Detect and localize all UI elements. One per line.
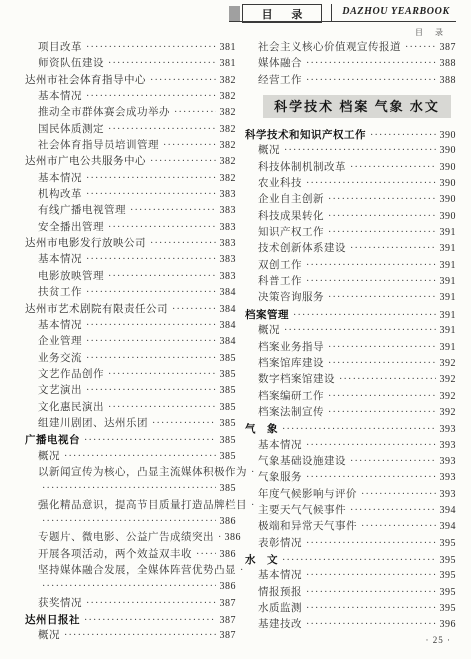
toc-entry-page: 386 <box>216 514 236 530</box>
toc-entry: 决策咨询服务391 <box>245 290 456 306</box>
toc-entry: 达州市广电公共服务中心382 <box>25 154 236 170</box>
toc-entry: 专题片、微电影、公益广告成绩突出386 <box>25 530 236 546</box>
toc-entry-page: 385 <box>216 400 236 416</box>
toc-leader-dots <box>346 503 436 519</box>
toc-leader-dots <box>280 143 436 159</box>
toc-entry-page: 395 <box>436 568 456 584</box>
toc-entry: 年度气候影响与评价393 <box>245 487 456 503</box>
toc-leader-dots <box>168 302 216 318</box>
toc-entry: 水 文395 <box>245 552 456 568</box>
toc-entry-page: 391 <box>436 258 456 274</box>
toc-leader-dots <box>82 187 216 203</box>
toc-entry: 情报预报395 <box>245 585 456 601</box>
toc-entry-page: 385 <box>216 481 236 497</box>
toc-entry: 获奖情况387 <box>25 596 236 612</box>
toc-entry-page: 395 <box>436 553 456 569</box>
toc-entry: 气象服务393 <box>245 470 456 486</box>
toc-entry: 有线广播电视管理383 <box>25 203 236 219</box>
header-chip <box>229 6 240 21</box>
toc-entry-title: 双创工作 <box>258 258 302 274</box>
toc-entry-title: 强化精品意识，提高节目质量打造品牌栏目 <box>38 498 247 514</box>
toc-leader-dots <box>302 56 436 72</box>
toc-entry: 文化惠民演出385 <box>25 400 236 416</box>
toc-entry-page: 392 <box>436 356 456 372</box>
toc-entry-title: 气 象 <box>245 421 278 437</box>
toc-entry-page: 395 <box>436 585 456 601</box>
toc-entry-page: 391 <box>436 308 456 324</box>
toc-entry: 概况385 <box>25 449 236 465</box>
toc-leader-dots <box>60 449 216 465</box>
toc-entry-page: 393 <box>436 470 456 486</box>
toc-entry: 极端和异常天气事件394 <box>245 519 456 535</box>
toc-entry-page: 381 <box>216 40 236 56</box>
toc-entry: 安全播出管理383 <box>25 220 236 236</box>
toc-entry-page: 383 <box>216 203 236 219</box>
toc-entry-page: 382 <box>216 105 236 121</box>
toc-entry-title: 获奖情况 <box>38 596 82 612</box>
toc-entry: 坚持媒体融合发展，全媒体阵营优势凸显386 <box>25 563 236 596</box>
toc-entry-title: 档案业务指导 <box>258 340 324 356</box>
toc-entry-page: 383 <box>216 269 236 285</box>
toc-leader-dots <box>278 553 436 569</box>
toc-entry: 以新闻宣传为核心，凸显主流媒体积极作为385 <box>25 465 236 498</box>
toc-leader-dots <box>82 252 216 268</box>
toc-entry-title: 科普工作 <box>258 274 302 290</box>
toc-entry: 经营工作388 <box>245 73 456 89</box>
toc-entry-title: 社会主义核心价值观宣传报道 <box>258 40 401 56</box>
toc-entry-page: 391 <box>436 241 456 257</box>
toc-entry-title: 开展各项活动，两个效益双丰收 <box>38 547 192 563</box>
toc-entry: 达州市电影发行放映公司383 <box>25 236 236 252</box>
toc-leader-dots <box>357 519 436 535</box>
toc-entry: 基本情况383 <box>25 252 236 268</box>
toc-entry: 表彰情况395 <box>245 536 456 552</box>
toc-entry-title: 国民体质测定 <box>38 122 104 138</box>
toc-entry-title: 档案馆库建设 <box>258 356 324 372</box>
toc-leader-dots <box>104 367 216 383</box>
toc-entry-title: 达州市社会体育指导中心 <box>25 73 146 89</box>
toc-leader-dots <box>146 73 216 89</box>
toc-entry-title: 概况 <box>38 449 60 465</box>
toc-entry: 档案编研工作392 <box>245 389 456 405</box>
toc-entry-page: 382 <box>216 122 236 138</box>
toc-leader-dots <box>280 323 436 339</box>
toc-entry-title: 师资队伍建设 <box>38 56 104 72</box>
toc-entry: 媒体融合388 <box>245 56 456 72</box>
toc-leader-dots <box>82 596 216 612</box>
toc-entry-page: 387 <box>216 628 236 644</box>
toc-entry-page: 390 <box>436 143 456 159</box>
toc-entry: 开展各项活动，两个效益双丰收386 <box>25 547 236 563</box>
toc-entry: 科学技术和知识产权工作390 <box>245 127 456 143</box>
toc-entry-title: 年度气候影响与评价 <box>258 487 357 503</box>
toc-entry-title: 以新闻宣传为核心，凸显主流媒体积极作为 <box>38 465 247 481</box>
toc-leader-dots <box>289 308 436 324</box>
toc-entry-page: 395 <box>436 601 456 617</box>
toc-entry-title: 极端和异常天气事件 <box>258 519 357 535</box>
toc-entry-title: 气象基础设施建设 <box>258 454 346 470</box>
toc-leader-dots <box>38 481 216 497</box>
toc-entry: 主要天气气候事件394 <box>245 503 456 519</box>
toc-entry-title: 知识产权工作 <box>258 225 324 241</box>
toc-entry-page: 390 <box>436 128 456 144</box>
toc-entry-page: 390 <box>436 192 456 208</box>
toc-entry-title: 推动全市群体赛会成功举办 <box>38 105 170 121</box>
toc-entry-title: 达州日报社 <box>25 612 80 628</box>
toc-entry-page: 394 <box>436 503 456 519</box>
toc-entry-title: 气象服务 <box>258 470 302 486</box>
toc-entry-title: 主要天气气候事件 <box>258 503 346 519</box>
toc-entry-page: 387 <box>216 596 236 612</box>
toc-entry-title: 文艺演出 <box>38 383 82 399</box>
toc-entry-title: 扶贫工作 <box>38 285 82 301</box>
toc-entry-page: 386 <box>216 547 236 563</box>
toc-entry: 概况391 <box>245 323 456 339</box>
toc-entry: 基本情况395 <box>245 568 456 584</box>
toc-leader-dots <box>38 579 216 595</box>
toc-entry: 农业科技390 <box>245 176 456 192</box>
toc-entry-page: 386 <box>216 579 236 595</box>
toc-entry-title: 概况 <box>258 323 280 339</box>
toc-entry-title: 机构改革 <box>38 187 82 203</box>
toc-entry: 推动全市群体赛会成功举办382 <box>25 105 236 121</box>
toc-entry-page: 385 <box>216 383 236 399</box>
toc-entry: 档案管理391 <box>245 307 456 323</box>
toc-entry-title: 文艺作品创作 <box>38 367 104 383</box>
toc-entry-page: 390 <box>436 160 456 176</box>
toc-leader-dots <box>302 585 436 601</box>
toc-leader-dots <box>357 487 436 503</box>
toc-entry-page: 388 <box>436 73 456 89</box>
toc-leader-dots <box>324 356 436 372</box>
toc-entry: 社会主义核心价值观宣传报道387 <box>245 40 456 56</box>
toc-leader-dots <box>104 220 216 236</box>
toc-entry-page: 382 <box>216 89 236 105</box>
running-head: 目 录 <box>415 27 448 38</box>
toc-leader-dots <box>346 454 436 470</box>
toc-leader-dots <box>82 285 216 301</box>
toc-entry: 文艺演出385 <box>25 383 236 399</box>
toc-title: 目 录 <box>254 6 311 22</box>
toc-leader-dots <box>80 613 216 629</box>
toc-entry-page: 392 <box>436 405 456 421</box>
toc-leader-dots <box>126 203 216 219</box>
toc-entry-page: 391 <box>436 225 456 241</box>
toc-leader-dots <box>82 40 216 56</box>
toc-entry-title: 广播电视台 <box>25 432 80 448</box>
toc-entry-title: 达州市广电公共服务中心 <box>25 154 146 170</box>
toc-leader-dots <box>401 40 436 56</box>
toc-entry-page: 382 <box>216 138 236 154</box>
toc-entry-title: 专题片、微电影、公益广告成绩突出 <box>38 530 214 546</box>
toc-entry: 达州日报社387 <box>25 612 236 628</box>
toc-entry: 概况390 <box>245 143 456 159</box>
toc-leader-dots <box>324 389 436 405</box>
toc-entry-page: 390 <box>436 176 456 192</box>
toc-leader-dots <box>104 56 216 72</box>
toc-entry-page: 393 <box>436 487 456 503</box>
toc-entry-title: 电影放映管理 <box>38 269 104 285</box>
toc-entry: 项目改革381 <box>25 40 236 56</box>
toc-entry: 档案馆库建设392 <box>245 356 456 372</box>
toc-entry: 科技体制机制改革390 <box>245 160 456 176</box>
toc-entry-title: 档案法制宣传 <box>258 405 324 421</box>
toc-entry-title: 基本情况 <box>38 171 82 187</box>
toc-entry-page: 393 <box>436 454 456 470</box>
toc-entry: 达州市艺术剧院有限责任公司384 <box>25 302 236 318</box>
toc-leader-dots <box>335 372 436 388</box>
toc-entry-page: 384 <box>216 334 236 350</box>
toc-entry: 广播电视台385 <box>25 432 236 448</box>
toc-entry-page: 396 <box>436 617 456 633</box>
toc-entry-page: 394 <box>436 519 456 535</box>
toc-leader-dots <box>82 334 216 350</box>
toc-entry: 企业自主创新390 <box>245 192 456 208</box>
toc-entry-page: 386 <box>221 530 241 546</box>
toc-entry-title: 达州市电影发行放映公司 <box>25 236 146 252</box>
toc-entry-title: 基本情况 <box>38 318 82 334</box>
toc-entry: 基本情况382 <box>25 89 236 105</box>
toc-entry-title: 达州市艺术剧院有限责任公司 <box>25 302 168 318</box>
toc-leader-dots <box>302 274 436 290</box>
toc-leader-dots <box>346 241 436 257</box>
toc-entry-page: 391 <box>436 290 456 306</box>
toc-entry: 社会体育指导员培训管理382 <box>25 138 236 154</box>
toc-entry: 水质监测395 <box>245 601 456 617</box>
toc-entry: 达州市社会体育指导中心382 <box>25 73 236 89</box>
toc-entry-title: 基建技改 <box>258 617 302 633</box>
toc-leader-dots <box>236 563 243 579</box>
toc-entry: 企业管理384 <box>25 334 236 350</box>
toc-entry-title: 有线广播电视管理 <box>38 203 126 219</box>
toc-leader-dots <box>366 128 436 144</box>
toc-column-right: 社会主义核心价值观宣传报道387媒体融合388经营工作388科学技术 档案 气象… <box>245 40 456 634</box>
toc-leader-dots <box>302 73 436 89</box>
toc-entry-title: 档案编研工作 <box>258 389 324 405</box>
toc-leader-dots <box>82 89 216 105</box>
toc-leader-dots <box>324 209 436 225</box>
yearbook-toc-page: 目 录 DAZHOU YEARBOOK 目 录 项目改革381师资队伍建设381… <box>0 0 471 659</box>
page-number: · 25 · <box>426 635 452 645</box>
toc-entry: 科技成果转化390 <box>245 209 456 225</box>
toc-entry-title: 基本情况 <box>38 89 82 105</box>
toc-leader-dots <box>278 422 436 438</box>
toc-leader-dots <box>302 536 436 552</box>
toc-leader-dots <box>82 383 216 399</box>
toc-entry: 数字档案馆建设392 <box>245 372 456 388</box>
toc-column-left: 项目改革381师资队伍建设381达州市社会体育指导中心382基本情况382推动全… <box>25 40 236 645</box>
toc-entry: 强化精品意识，提高节目质量打造品牌栏目386 <box>25 498 236 531</box>
toc-leader-dots <box>146 236 216 252</box>
toc-entry: 档案法制宣传392 <box>245 405 456 421</box>
toc-leader-dots <box>302 438 436 454</box>
toc-entry-title: 企业管理 <box>38 334 82 350</box>
header-rule <box>229 21 456 22</box>
toc-entry-title: 档案管理 <box>245 307 289 323</box>
toc-entry-page: 385 <box>216 433 236 449</box>
toc-entry: 气象基础设施建设393 <box>245 454 456 470</box>
toc-leader-dots <box>324 340 436 356</box>
toc-entry: 扶贫工作384 <box>25 285 236 301</box>
toc-entry-page: 381 <box>216 56 236 72</box>
toc-leader-dots <box>302 470 436 486</box>
toc-entry-page: 382 <box>216 171 236 187</box>
toc-entry-page: 383 <box>216 220 236 236</box>
toc-entry-title: 项目改革 <box>38 40 82 56</box>
toc-entry-page: 384 <box>216 318 236 334</box>
toc-leader-dots <box>302 601 436 617</box>
toc-entry-title: 情报预报 <box>258 585 302 601</box>
toc-entry-title: 安全播出管理 <box>38 220 104 236</box>
toc-leader-dots <box>302 176 436 192</box>
toc-entry-title: 技术创新体系建设 <box>258 241 346 257</box>
toc-entry-page: 385 <box>216 449 236 465</box>
toc-leader-dots <box>60 628 216 644</box>
toc-entry-page: 391 <box>436 340 456 356</box>
toc-entry-title: 业务交流 <box>38 351 82 367</box>
toc-entry-page: 390 <box>436 209 456 225</box>
section-banner: 科学技术 档案 气象 水文 <box>263 95 451 118</box>
toc-entry: 概况387 <box>25 628 236 644</box>
toc-leader-dots <box>104 400 216 416</box>
toc-leader-dots <box>346 160 436 176</box>
toc-leader-dots <box>302 617 436 633</box>
toc-leader-dots <box>192 547 216 563</box>
toc-entry-page: 387 <box>216 613 236 629</box>
toc-entry: 技术创新体系建设391 <box>245 241 456 257</box>
toc-entry: 基本情况384 <box>25 318 236 334</box>
toc-entry-title: 坚持媒体融合发展，全媒体阵营优势凸显 <box>38 563 236 579</box>
toc-entry-title: 科学技术和知识产权工作 <box>245 127 366 143</box>
header-divider <box>331 4 332 21</box>
toc-entry-title: 决策咨询服务 <box>258 290 324 306</box>
toc-leader-dots <box>104 122 216 138</box>
toc-entry-page: 382 <box>216 154 236 170</box>
toc-leader-dots <box>146 154 216 170</box>
toc-entry: 气 象393 <box>245 421 456 437</box>
toc-entry: 文艺作品创作385 <box>25 367 236 383</box>
toc-leader-dots <box>302 568 436 584</box>
toc-entry: 档案业务指导391 <box>245 340 456 356</box>
toc-entry-page: 382 <box>216 73 236 89</box>
toc-entry-page: 384 <box>216 285 236 301</box>
toc-entry-page: 383 <box>216 187 236 203</box>
toc-leader-dots <box>148 416 216 432</box>
toc-entry-title: 农业科技 <box>258 176 302 192</box>
toc-leader-dots <box>82 318 216 334</box>
toc-entry-title: 经营工作 <box>258 73 302 89</box>
toc-leader-dots <box>104 269 216 285</box>
toc-entry-page: 393 <box>436 422 456 438</box>
toc-entry-page: 383 <box>216 252 236 268</box>
toc-entry-title: 基本情况 <box>258 438 302 454</box>
toc-leader-dots <box>82 171 216 187</box>
toc-entry-page: 383 <box>216 236 236 252</box>
toc-leader-dots <box>159 138 216 154</box>
toc-entry-title: 表彰情况 <box>258 536 302 552</box>
toc-entry-page: 385 <box>216 367 236 383</box>
toc-entry-title: 文化惠民演出 <box>38 400 104 416</box>
toc-leader-dots <box>324 192 436 208</box>
toc-entry-page: 392 <box>436 372 456 388</box>
toc-entry-page: 391 <box>436 274 456 290</box>
toc-entry-title: 企业自主创新 <box>258 192 324 208</box>
toc-entry-title: 基本情况 <box>258 568 302 584</box>
toc-entry: 业务交流385 <box>25 351 236 367</box>
toc-entry-title: 科技成果转化 <box>258 209 324 225</box>
toc-entry-title: 媒体融合 <box>258 56 302 72</box>
toc-entry: 基本情况382 <box>25 171 236 187</box>
toc-entry-page: 391 <box>436 323 456 339</box>
toc-leader-dots <box>324 225 436 241</box>
toc-entry-page: 393 <box>436 438 456 454</box>
toc-leader-dots <box>82 351 216 367</box>
toc-entry: 基本情况393 <box>245 438 456 454</box>
yearbook-title: DAZHOU YEARBOOK <box>336 6 456 17</box>
toc-entry-page: 387 <box>436 40 456 56</box>
toc-entry: 电影放映管理383 <box>25 269 236 285</box>
toc-entry: 双创工作391 <box>245 258 456 274</box>
toc-entry-title: 组建川剧团、达州乐团 <box>38 416 148 432</box>
toc-entry-title: 基本情况 <box>38 252 82 268</box>
toc-entry-title: 概况 <box>258 143 280 159</box>
toc-leader-dots <box>170 105 216 121</box>
toc-entry-page: 385 <box>216 416 236 432</box>
toc-entry-title: 社会体育指导员培训管理 <box>38 138 159 154</box>
toc-leader-dots <box>214 530 221 546</box>
toc-entry-page: 388 <box>436 56 456 72</box>
toc-entry-title: 水 文 <box>245 552 278 568</box>
toc-leader-dots <box>324 290 436 306</box>
toc-entry: 机构改革383 <box>25 187 236 203</box>
toc-entry: 国民体质测定382 <box>25 122 236 138</box>
toc-entry: 组建川剧团、达州乐团385 <box>25 416 236 432</box>
toc-entry-title: 水质监测 <box>258 601 302 617</box>
toc-entry-title: 数字档案馆建设 <box>258 372 335 388</box>
toc-entry-page: 392 <box>436 389 456 405</box>
toc-entry: 知识产权工作391 <box>245 225 456 241</box>
toc-leader-dots <box>302 258 436 274</box>
toc-entry-page: 385 <box>216 351 236 367</box>
toc-entry-page: 395 <box>436 536 456 552</box>
toc-leader-dots <box>38 514 216 530</box>
toc-entry-title: 科技体制机制改革 <box>258 160 346 176</box>
toc-entry-page: 384 <box>216 302 236 318</box>
toc-entry-title: 概况 <box>38 628 60 644</box>
toc-entry: 科普工作391 <box>245 274 456 290</box>
toc-leader-dots <box>80 433 216 449</box>
toc-entry: 师资队伍建设381 <box>25 56 236 72</box>
toc-entry: 基建技改396 <box>245 617 456 633</box>
toc-leader-dots <box>324 405 436 421</box>
